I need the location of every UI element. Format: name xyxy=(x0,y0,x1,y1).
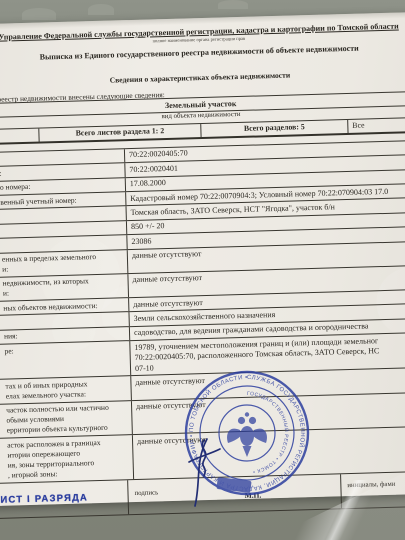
extract-total-cell: Все xyxy=(348,117,405,133)
row-label: ре: xyxy=(0,341,131,380)
sheet-number-cell xyxy=(0,128,40,144)
handwritten-signature xyxy=(180,436,226,510)
position-cell: ПЕЦИАЛИСТ I РАЗРЯДА xyxy=(0,480,129,519)
row-label: асток расположен в границах итории опере… xyxy=(0,435,134,483)
document-photo: Управление Федеральной службы государств… xyxy=(0,0,405,540)
position-stamp: ПЕЦИАЛИСТ I РАЗРЯДА xyxy=(0,492,88,507)
row-label: часток полностью или частично обыми усло… xyxy=(0,401,133,439)
sections-total-cell: Всего разделов: 5 xyxy=(201,120,348,137)
double-headed-eagle-icon xyxy=(227,412,267,457)
initials-cell: инициалы, фами xyxy=(341,470,405,507)
background-object xyxy=(22,8,56,20)
background-object xyxy=(88,4,114,15)
background-object xyxy=(218,0,248,9)
